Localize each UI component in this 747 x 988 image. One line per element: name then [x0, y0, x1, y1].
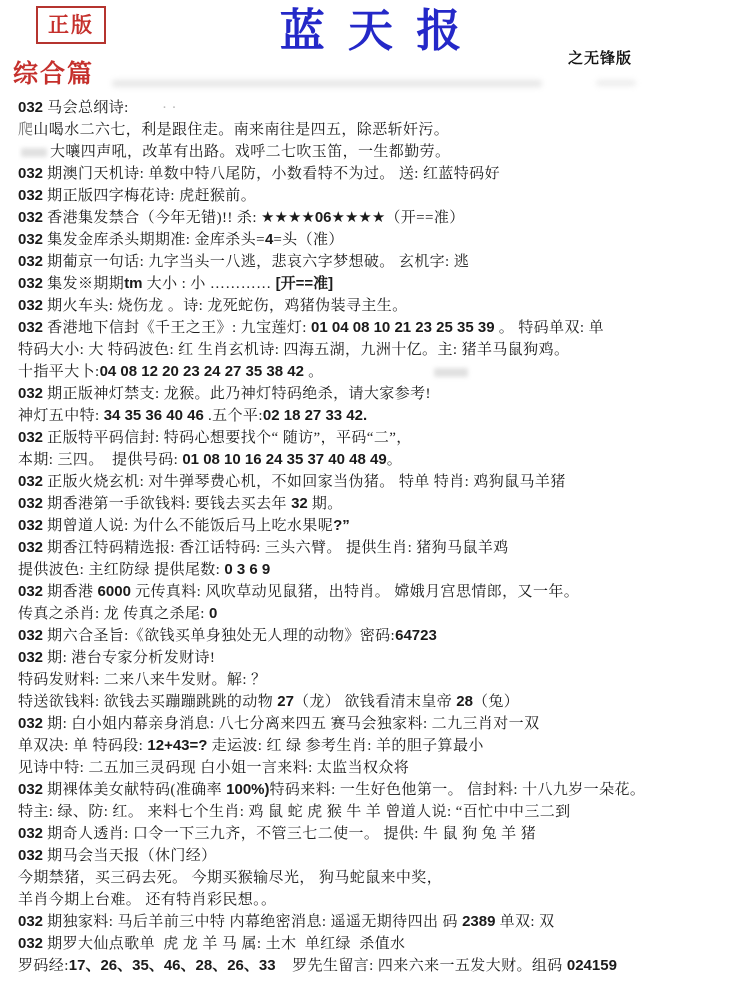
report-line: 032 期正版神灯禁支: 龙猴。此乃神灯特码绝杀，请大家参考!: [18, 383, 741, 405]
text-segment: 集发金库杀头期期准: 金库杀头=: [43, 232, 265, 248]
text-segment: 27: [277, 693, 294, 710]
text-segment: 032: [18, 275, 43, 292]
text-segment: 032: [18, 385, 43, 402]
text-segment: .五个平:: [204, 408, 263, 424]
text-segment: ?”: [333, 517, 350, 534]
text-segment: （开==准）: [385, 210, 464, 226]
report-line: 032 期: 港台专家分析发财诗!: [18, 647, 741, 669]
text-segment: 羊肖今期上台难。 还有特肖彩民想。。: [18, 892, 276, 908]
text-segment: 01 04 08 10 21 23 25 35 39: [311, 319, 495, 336]
text-segment: 032: [18, 627, 43, 644]
text-segment: 特码发财料: 二来八来牛发财。解: ？: [18, 672, 266, 688]
report-line: 032 期奇人透肖: 口令一下三九齐，不管三七二使一。 提供: 牛 鼠 狗 兔 …: [18, 823, 741, 845]
text-segment: · ·: [162, 100, 177, 116]
text-segment: 34 35 36 40 46: [104, 407, 204, 424]
text-segment: 032: [18, 473, 43, 490]
text-segment: 爬: [18, 122, 33, 138]
text-segment: 传真之杀肖: 龙 传真之杀尾:: [18, 606, 209, 622]
text-segment: 提供波色: 主红防绿 提供尾数:: [18, 562, 224, 578]
report-line: 032 期香港第一手欲钱料: 要钱去买去年 32 期。: [18, 493, 741, 515]
report-line: 032 期独家料: 马后羊前三中特 内幕绝密消息: 遥遥无期待四出 码 2389…: [18, 911, 741, 933]
report-line: 032 正版特平码信封: 特码心想要找个“ 随访”，平码“二”，: [18, 427, 741, 449]
report-line: 本期: 三四。 提供号码: 01 08 10 16 24 35 37 40 48…: [18, 449, 741, 471]
report-line: 032 期曾道人说: 为什么不能饭后马上吃水果呢?”: [18, 515, 741, 537]
text-segment: 期曾道人说: 为什么不能饭后马上吃水果呢: [43, 518, 333, 534]
report-line: 032 期火车头: 烧伤龙 。诗: 龙死蛇伤，鸡猪伪装寻主生。: [18, 295, 741, 317]
text-segment: 。: [387, 452, 402, 468]
text-segment: 十指平大卜:: [18, 364, 100, 380]
text-segment: 期香江特码精选报: 香江话特码: 三头六臂。 提供生肖: 猪狗马鼠羊鸡: [43, 540, 509, 556]
text-segment: 024159: [567, 957, 617, 974]
text-segment: 032: [18, 517, 43, 534]
report-line: 032 集发金库杀头期期准: 金库杀头=4=头（准）: [18, 229, 741, 251]
text-segment: 见诗中特: 二五加三灵码现 白小姐一言来料: 太监当权众将: [18, 760, 409, 776]
newspaper-page: 正版 蓝 天 报 之无锋版 综合篇 032 马会总纲诗: · ·爬山喝水二六七，…: [0, 0, 747, 988]
text-segment: 032: [18, 913, 43, 930]
report-line: 032 香港地下信封《千王之王》: 九宝莲灯: 01 04 08 10 21 2…: [18, 317, 741, 339]
text-segment: 香港地下信封《千王之王》: 九宝莲灯:: [43, 320, 311, 336]
page-title: 蓝 天 报: [0, 0, 747, 59]
report-line: 特主: 绿、防: 红。 来料七个生肖: 鸡 鼠 蛇 虎 猴 牛 羊 曾道人说: …: [18, 801, 741, 823]
report-line: 032 马会总纲诗: · ·: [18, 97, 741, 119]
text-segment: 。 特码单双: 单: [495, 320, 604, 336]
report-line: 神灯五中特: 34 35 36 40 46 .五个平:02 18 27 33 4…: [18, 405, 741, 427]
report-line: 单双决: 单 特码段: 12+43=? 走运波: 红 绿 参考生肖: 羊的胆子算…: [18, 735, 741, 757]
text-segment: 期葡京一句话: 九字当头一八逃，悲哀六字梦想破。 玄机字: 逃: [43, 254, 469, 270]
text-segment: 032: [18, 847, 43, 864]
faded-mark: [21, 148, 47, 157]
text-segment: 28: [456, 693, 473, 710]
text-segment: 17、26、35、46、28、26、33: [69, 957, 276, 974]
text-segment: 032: [18, 583, 43, 600]
text-segment: 走运波: 红 绿 参考生肖: 羊的胆子算最小: [207, 738, 483, 754]
text-segment: 元传真料: 风吹草动见鼠猪，出特肖。 嫦娥月宫思情郎，又一年。: [131, 584, 579, 600]
text-segment: 032: [18, 935, 43, 952]
text-segment: 期: 港台专家分析发财诗!: [43, 650, 215, 666]
text-segment: 单双决: 单 特码段:: [18, 738, 147, 754]
faded-watermark-mark: [596, 80, 636, 86]
text-segment: 。: [304, 364, 431, 380]
report-line: 爬山喝水二六七，利是跟住走。南来南往是四五，除恶斩奸污。: [18, 119, 741, 141]
text-segment: 032: [18, 99, 43, 116]
report-line: 032 期正版四字梅花诗: 虎赶猴前。: [18, 185, 741, 207]
text-segment: 04 08 12 20 23 24 27 35 38 42: [100, 363, 304, 380]
report-line: 032 香港集发禁合（今年无错)!! 杀: ★★★★06★★★★（开==准）: [18, 207, 741, 229]
text-segment: 期澳门天机诗: 单数中特八尾防，小数看特不为过。 送: 红蓝特码好: [43, 166, 500, 182]
report-line: 特码发财料: 二来八来牛发财。解: ？: [18, 669, 741, 691]
text-segment: （兔）: [473, 694, 519, 710]
report-line: 大嚷四声吼，改革有出路。戏呼二七吹玉笛，一生都勤劳。: [18, 141, 741, 163]
text-segment: 032: [18, 495, 43, 512]
report-line: 提供波色: 主红防绿 提供尾数: 0 3 6 9: [18, 559, 741, 581]
text-segment: 期奇人透肖: 口令一下三九齐，不管三七二使一。 提供: 牛 鼠 狗 兔 羊 猪: [43, 826, 536, 842]
report-line: 特码大小: 大 特码波色: 红 生肖玄机诗: 四海五湖，九洲十亿。主: 猪羊马鼠…: [18, 339, 741, 361]
text-segment: 期六合圣旨:《欲钱买单身独处无人理的动物》密码:: [43, 628, 395, 644]
text-segment: 罗先生留言: 四来六来一五发大财。组码: [276, 958, 567, 974]
text-segment: 正版火烧玄机: 对牛弹琴费心机，不如回家当伪猪。 特单 特肖: 鸡狗鼠马羊猪: [43, 474, 566, 490]
text-segment: 6000: [98, 583, 131, 600]
report-body: 032 马会总纲诗: · ·爬山喝水二六七，利是跟住走。南来南往是四五，除恶斩奸…: [18, 97, 741, 977]
edition-label: 之无锋版: [568, 47, 632, 68]
text-segment: 期火车头: 烧伤龙 。诗: 龙死蛇伤，鸡猪伪装寻主生。: [43, 298, 408, 314]
text-segment: 0 3 6 9: [224, 561, 270, 578]
text-segment: 032: [18, 209, 43, 226]
faded-watermark-band: [112, 80, 542, 87]
section-title: 综合篇: [13, 54, 94, 90]
text-segment: 期。: [308, 496, 343, 512]
text-segment: 期香港第一手欲钱料: 要钱去买去年: [43, 496, 291, 512]
text-segment: （龙） 欲钱看清末皇帝: [294, 694, 456, 710]
report-line: 032 集发※期期tm 大小 : 小 ………… [开==准]: [18, 273, 741, 295]
report-line: 032 期裸体美女献特码(准确率 100%)特码来料: 一生好色他第一。 信封料…: [18, 779, 741, 801]
text-segment: 64723: [395, 627, 437, 644]
report-line: 032 期罗大仙点歌单 虎 龙 羊 马 属: 土木 单红绿 杀值水: [18, 933, 741, 955]
text-segment: 032: [18, 649, 43, 666]
text-segment: 本期: 三四。 提供号码:: [18, 452, 182, 468]
text-segment: 罗码经:: [18, 958, 69, 974]
text-segment: 02 18 27 33 42.: [263, 407, 367, 424]
text-segment: 032: [18, 825, 43, 842]
text-segment: 期: 白小姐内幕亲身消息: 八七分离来四五 赛马会独家料: 二九三肖对一双: [43, 716, 539, 732]
text-segment: 032: [18, 253, 43, 270]
report-line: 今期禁猪，买三码去死。 今期买猴输尽光， 狗马蛇鼠来中奖，: [18, 867, 741, 889]
text-segment: 032: [18, 165, 43, 182]
text-segment: 期正版四字梅花诗: 虎赶猴前。: [43, 188, 256, 204]
report-line: 032 期: 白小姐内幕亲身消息: 八七分离来四五 赛马会独家料: 二九三肖对一…: [18, 713, 741, 735]
text-segment: =头（准）: [273, 232, 343, 248]
text-segment: 期独家料: 马后羊前三中特 内幕绝密消息: 遥遥无期待四出 码: [43, 914, 462, 930]
report-line: 032 期香江特码精选报: 香江话特码: 三头六臂。 提供生肖: 猪狗马鼠羊鸡: [18, 537, 741, 559]
text-segment: 期正版神灯禁支: 龙猴。此乃神灯特码绝杀，请大家参考!: [43, 386, 431, 402]
text-segment: 期罗大仙点歌单 虎 龙 羊 马 属: 土木 单红绿 杀值水: [43, 936, 405, 952]
text-segment: 马会总纲诗:: [43, 100, 162, 116]
report-line: 见诗中特: 二五加三灵码现 白小姐一言来料: 太监当权众将: [18, 757, 741, 779]
text-segment: 032: [18, 429, 43, 446]
text-segment: 期香港: [43, 584, 98, 600]
text-segment: ★★★★06★★★★: [261, 209, 385, 226]
text-segment: 期马会当天报（休门经）: [43, 848, 217, 864]
text-segment: [开==准]: [276, 275, 334, 292]
text-segment: 032: [18, 715, 43, 732]
faded-mark: [434, 368, 468, 377]
text-segment: 032: [18, 187, 43, 204]
text-segment: 032: [18, 781, 43, 798]
text-segment: 2389: [462, 913, 495, 930]
report-line: 032 期六合圣旨:《欲钱买单身独处无人理的动物》密码:64723: [18, 625, 741, 647]
text-segment: 山喝水二六七，利是跟住走。南来南往是四五，除恶斩奸污。: [33, 122, 449, 138]
text-segment: 032: [18, 539, 43, 556]
text-segment: 香港集发禁合（今年无错)!! 杀:: [43, 210, 261, 226]
text-segment: 032: [18, 297, 43, 314]
report-line: 羊肖今期上台难。 还有特肖彩民想。。: [18, 889, 741, 911]
report-line: 032 期香港 6000 元传真料: 风吹草动见鼠猪，出特肖。 嫦娥月宫思情郎，…: [18, 581, 741, 603]
text-segment: 特码来料: 一生好色他第一。 信封料: 十八九岁一朵花。: [270, 782, 646, 798]
text-segment: 大嚷四声吼，改革有出路。戏呼二七吹玉笛，一生都勤劳。: [50, 144, 450, 160]
report-line: 032 期澳门天机诗: 单数中特八尾防，小数看特不为过。 送: 红蓝特码好: [18, 163, 741, 185]
report-line: 传真之杀肖: 龙 传真之杀尾: 0: [18, 603, 741, 625]
text-segment: 0: [209, 605, 217, 622]
text-segment: 特送欲钱料: 欲钱去买蹦蹦跳跳的动物: [18, 694, 277, 710]
text-segment: tm: [124, 275, 142, 292]
text-segment: 神灯五中特:: [18, 408, 104, 424]
text-segment: 01 08 10 16 24 35 37 40 48 49: [182, 451, 386, 468]
text-segment: 期裸体美女献特码(准确率: [43, 782, 226, 798]
text-segment: 100%): [226, 781, 269, 798]
text-segment: 大小 : 小 …………: [143, 276, 276, 292]
text-segment: 今期禁猪，买三码去死。 今期买猴输尽光， 狗马蛇鼠来中奖，: [18, 870, 442, 886]
text-segment: 12+43=?: [147, 737, 207, 754]
text-segment: 032: [18, 319, 43, 336]
report-line: 特送欲钱料: 欲钱去买蹦蹦跳跳的动物 27（龙） 欲钱看清末皇帝 28（兔）: [18, 691, 741, 713]
text-segment: 特主: 绿、防: 红。 来料七个生肖: 鸡 鼠 蛇 虎 猴 牛 羊 曾道人说: …: [18, 804, 571, 820]
report-line: 032 期马会当天报（休门经）: [18, 845, 741, 867]
text-segment: 特码大小: 大 特码波色: 红 生肖玄机诗: 四海五湖，九洲十亿。主: 猪羊马鼠…: [18, 342, 569, 358]
report-line: 032 正版火烧玄机: 对牛弹琴费心机，不如回家当伪猪。 特单 特肖: 鸡狗鼠马…: [18, 471, 741, 493]
text-segment: 032: [18, 231, 43, 248]
text-segment: 32: [291, 495, 308, 512]
text-segment: 正版特平码信封: 特码心想要找个“ 随访”，平码“二”，: [43, 430, 412, 446]
report-line: 十指平大卜:04 08 12 20 23 24 27 35 38 42 。: [18, 361, 741, 383]
report-line: 032 期葡京一句话: 九字当头一八逃，悲哀六字梦想破。 玄机字: 逃: [18, 251, 741, 273]
text-segment: 单双: 双: [495, 914, 554, 930]
report-line: 罗码经:17、26、35、46、28、26、33 罗先生留言: 四来六来一五发大…: [18, 955, 741, 977]
text-segment: 集发※期期: [43, 276, 124, 292]
